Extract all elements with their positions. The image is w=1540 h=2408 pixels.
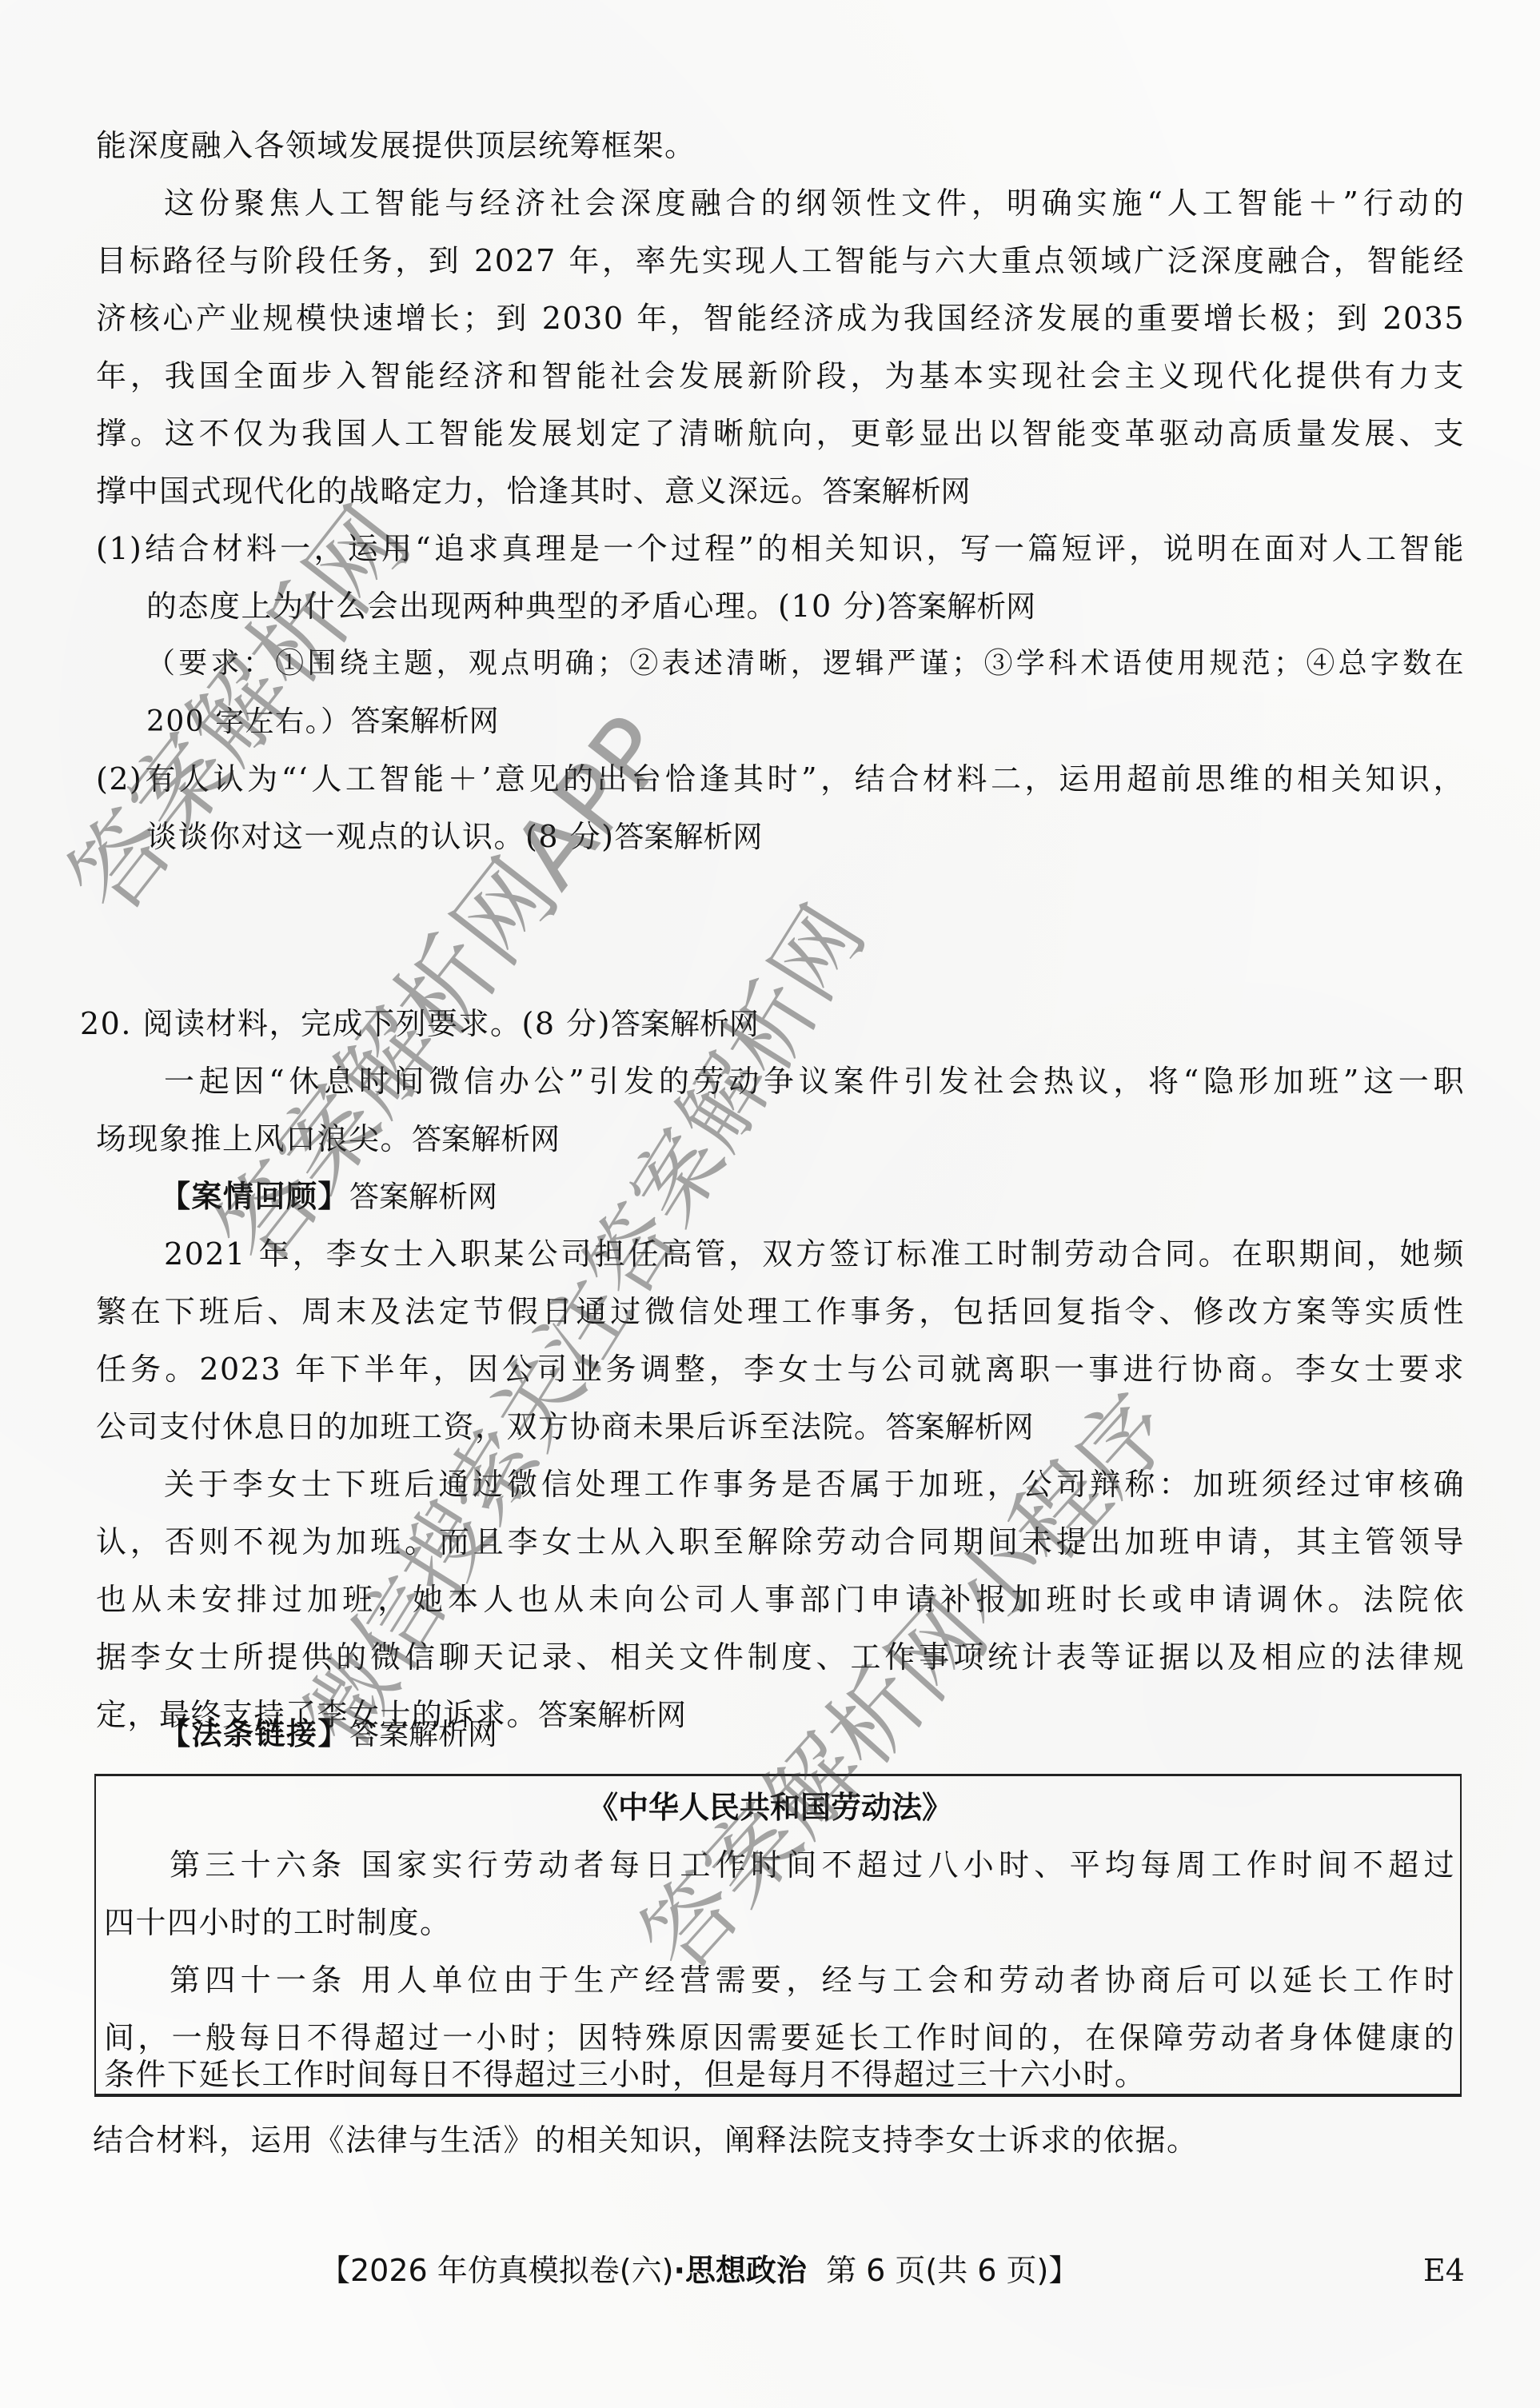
case-text: 公司支付休息日的加班工资，双方协商未果后诉至法院。 <box>96 1409 886 1444</box>
case-line: 2021 年，李女士入职某公司担任高管，双方签订标准工时制劳动合同。在职期间，她… <box>164 1235 1465 1273</box>
case-line: 也从未安排过加班，她本人也从未向公司人事部门申请补报加班时长或申请调休。法院依 <box>96 1580 1465 1619</box>
material-text: 撑中国式现代化的战略定力，恰逢其时、意义深远。 <box>96 473 823 509</box>
law-article-36-line: 第三十六条 国家实行劳动者每日工作时间不超过八小时、平均每周工作时间不超过 <box>170 1846 1455 1884</box>
case-line: 公司支付休息日的加班工资，双方协商未果后诉至法院。答案解析网 <box>96 1408 1465 1447</box>
q20-header: 20. 阅读材料，完成下列要求。(8 分)答案解析网 <box>80 1004 1449 1044</box>
inline-watermark: 答案解析网 <box>351 704 499 738</box>
law-article-41-line: 条件下延长工作时间每日不得超过三小时，但是每月不得超过三十六小时。 <box>104 2055 1455 2094</box>
q19-requirements-text: 200 字左右。） <box>146 705 351 738</box>
law-title: 《中华人民共和国劳动法》 <box>0 1788 1540 1827</box>
q20-intro-line: 一起因“休息时间微信办公”引发的劳动争议案件引发社会热议，将“隐形加班”这一职 <box>164 1062 1465 1100</box>
q20-task: 结合材料，运用《法律与生活》的相关知识，阐释法院支持李女士诉求的依据。 <box>93 2121 1462 2159</box>
case-line: 关于李女士下班后通过微信处理工作事务是否属于加班，公司辩称：加班须经过审核确 <box>164 1465 1465 1504</box>
q19-requirements-line: （要求：①围绕主题，观点明确；②表述清晰，逻辑严谨；③学科术语使用规范；④总字数… <box>146 645 1465 683</box>
case-review-heading: 【案情回顾】答案解析网 <box>160 1177 1529 1216</box>
inline-watermark: 答案解析网 <box>886 1410 1034 1444</box>
law-link-label: 【法条链接】 <box>160 1716 349 1751</box>
material-line: 年，我国全面步入智能经济和智能社会发展新阶段，为基本实现社会主义现代化提供有力支 <box>96 357 1465 395</box>
footer-exam-title: 【2026 年仿真模拟卷(六) <box>320 2253 673 2288</box>
case-line: 任务。2023 年下半年，因公司业务调整，李女士与公司就离职一事进行协商。李女士… <box>96 1350 1465 1388</box>
inline-watermark: 答案解析网 <box>349 1180 497 1214</box>
q20-intro-text: 场现象推上风口浪尖。 <box>96 1121 412 1156</box>
material-line-last: 撑中国式现代化的战略定力，恰逢其时、意义深远。答案解析网 <box>96 472 1465 511</box>
q19-sub2-line: (2)有人认为“‘人工智能＋’意见的出台恰逢其时”，结合材料二，运用超前思维的相… <box>96 760 1465 798</box>
material-line: 这份聚焦人工智能与经济社会深度融合的纲领性文件，明确实施“人工智能＋”行动的 <box>164 184 1465 222</box>
inline-watermark: 答案解析网 <box>614 820 762 854</box>
inline-watermark: 答案解析网 <box>823 474 971 509</box>
case-line: 繁在下班后、周末及法定节假日通过微信处理工作事务，包括回复指令、修改方案等实质性 <box>96 1292 1465 1331</box>
q19-sub1-line: 的态度上为什么会出现两种典型的矛盾心理。(10 分)答案解析网 <box>146 587 1465 626</box>
page-footer: 【2026 年仿真模拟卷(六)·思想政治 第 6 页(共 6 页)】 <box>320 2251 1079 2290</box>
inline-watermark: 答案解析网 <box>888 589 1035 624</box>
law-article-41-line: 第四十一条 用人单位由于生产经营需要，经与工会和劳动者协商后可以延长工作时 <box>170 1961 1455 1999</box>
q19-sub1-text: 的态度上为什么会出现两种典型的矛盾心理。(10 分) <box>146 589 888 624</box>
footer-page-number: 第 6 页(共 6 页)】 <box>826 2253 1079 2288</box>
exam-page: 能深度融入各领域发展提供顶层统筹框架。 这份聚焦人工智能与经济社会深度融合的纲领… <box>0 0 1540 2408</box>
case-line: 认，否则不视为加班。而且李女士从入职至解除劳动合同期间未提出加班申请，其主管领导 <box>96 1523 1465 1561</box>
q20-intro-line: 场现象推上风口浪尖。答案解析网 <box>96 1120 1465 1159</box>
material-line: 撑。这不仅为我国人工智能发展划定了清晰航向，更彰显出以智能变革驱动高质量发展、支 <box>96 414 1465 453</box>
case-line: 据李女士所提供的微信聊天记录、相关文件制度、工作事项统计表等证据以及相应的法律规 <box>96 1638 1465 1676</box>
q19-sub2-text: 谈谈你对这一观点的认识。(8 分) <box>146 819 614 854</box>
material-line: 目标路径与阶段任务，到 2027 年，率先实现人工智能与六大重点领域广泛深度融合… <box>96 242 1465 280</box>
material-line: 济核心产业规模快速增长；到 2030 年，智能经济成为我国经济发展的重要增长极；… <box>96 299 1465 337</box>
q19-sub2-line: 谈谈你对这一观点的认识。(8 分)答案解析网 <box>146 817 1465 857</box>
material-line: 能深度融入各领域发展提供顶层统筹框架。 <box>96 126 1465 165</box>
q20-header-text: 20. 阅读材料，完成下列要求。(8 分) <box>80 1006 611 1041</box>
law-article-41-line: 间，一般每日不得超过一小时；因特殊原因需要延长工作时间的，在保障劳动者身体健康的 <box>104 2019 1455 2057</box>
q19-requirements-line: 200 字左右。）答案解析网 <box>146 702 1465 741</box>
inline-watermark: 答案解析网 <box>611 1007 759 1041</box>
footer-dot: · <box>673 2253 684 2288</box>
law-article-36-line: 四十四小时的工时制度。 <box>104 1903 1455 1942</box>
inline-watermark: 答案解析网 <box>349 1717 497 1751</box>
paper-code: E4 <box>1423 2251 1465 2290</box>
inline-watermark: 答案解析网 <box>412 1122 560 1156</box>
case-review-label: 【案情回顾】 <box>160 1179 349 1214</box>
q19-sub1-line: (1)结合材料一，运用“追求真理是一个过程”的相关知识，写一篇短评，说明在面对人… <box>96 529 1465 568</box>
footer-subject: 思想政治 <box>685 2253 807 2288</box>
law-link-heading: 【法条链接】答案解析网 <box>160 1715 1529 1754</box>
